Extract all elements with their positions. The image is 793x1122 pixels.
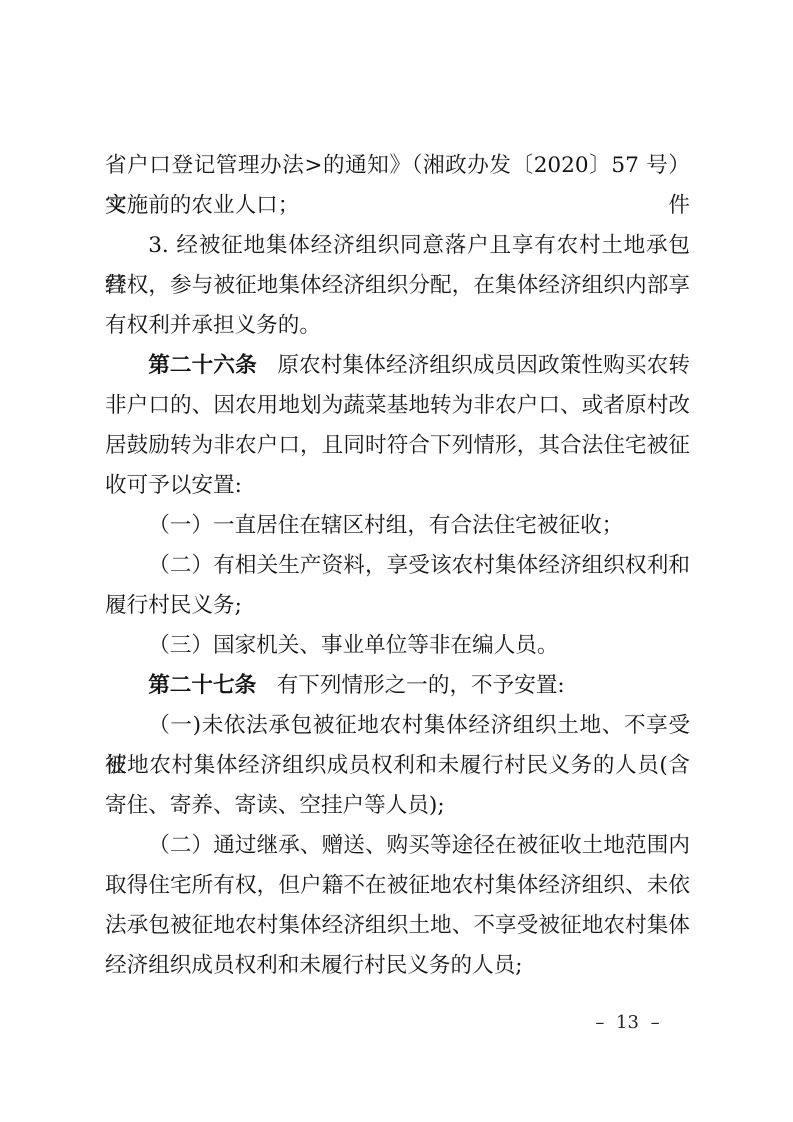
doc-line: 取得住宅所有权，但户籍不在被征地农村集体经济组织、未依	[105, 866, 690, 906]
doc-line-item-3: （三）国家机关、事业单位等非在编人员。	[105, 626, 690, 666]
doc-line-item-1: （一)未依法承包被征地农村集体经济组织土地、不享受被	[105, 706, 690, 746]
doc-line-item-1: （一）一直居住在辖区村组，有合法住宅被征收；	[105, 506, 690, 546]
article-27-number: 第二十七条	[148, 673, 256, 698]
article-27-heading-line: 第二十七条有下列情形之一的，不予安置:	[105, 666, 690, 706]
article-26-number: 第二十六条	[148, 353, 257, 378]
doc-line: 法承包被征地农村集体经济组织土地、不享受被征地农村集体	[105, 906, 690, 946]
article-27-text: 有下列情形之一的，不予安置:	[277, 673, 565, 698]
doc-line: 居鼓励转为非农户口，且同时符合下列情形，其合法住宅被征	[105, 426, 690, 466]
article-26-heading-line: 第二十六条原农村集体经济组织成员因政策性购买农转	[105, 346, 690, 386]
doc-line: 有权利并承担义务的。	[105, 306, 690, 346]
doc-line: 3. 经被征地集体经济组织同意落户且享有农村土地承包经	[105, 226, 690, 266]
document-page: 省户口登记管理办法>的通知》（湘政办发〔2020〕57 号）文件 实施前的农业人…	[0, 0, 793, 1122]
page-number: – 13 –	[560, 1008, 695, 1038]
article-26-text: 原农村集体经济组织成员因政策性购买农转	[277, 353, 690, 378]
document-body: 省户口登记管理办法>的通知》（湘政办发〔2020〕57 号）文件 实施前的农业人…	[105, 146, 690, 986]
doc-line: 寄住、寄养、寄读、空挂户等人员);	[105, 786, 690, 826]
doc-line-item-2: （二）通过继承、赠送、购买等途径在被征收土地范围内	[105, 826, 690, 866]
doc-line: 省户口登记管理办法>的通知》（湘政办发〔2020〕57 号）文件	[105, 146, 690, 186]
doc-line: 营权，参与被征地集体经济组织分配，在集体经济组织内部享	[105, 266, 690, 306]
doc-line: 征地农村集体经济组织成员权利和未履行村民义务的人员(含	[105, 746, 690, 786]
doc-line: 履行村民义务;	[105, 586, 690, 626]
doc-line: 经济组织成员权利和未履行村民义务的人员;	[105, 946, 690, 986]
doc-line-item-2: （二）有相关生产资料，享受该农村集体经济组织权利和	[105, 546, 690, 586]
doc-line: 收可予以安置:	[105, 466, 690, 506]
doc-line: 非户口的、因农用地划为蔬菜基地转为非农户口、或者原村改	[105, 386, 690, 426]
